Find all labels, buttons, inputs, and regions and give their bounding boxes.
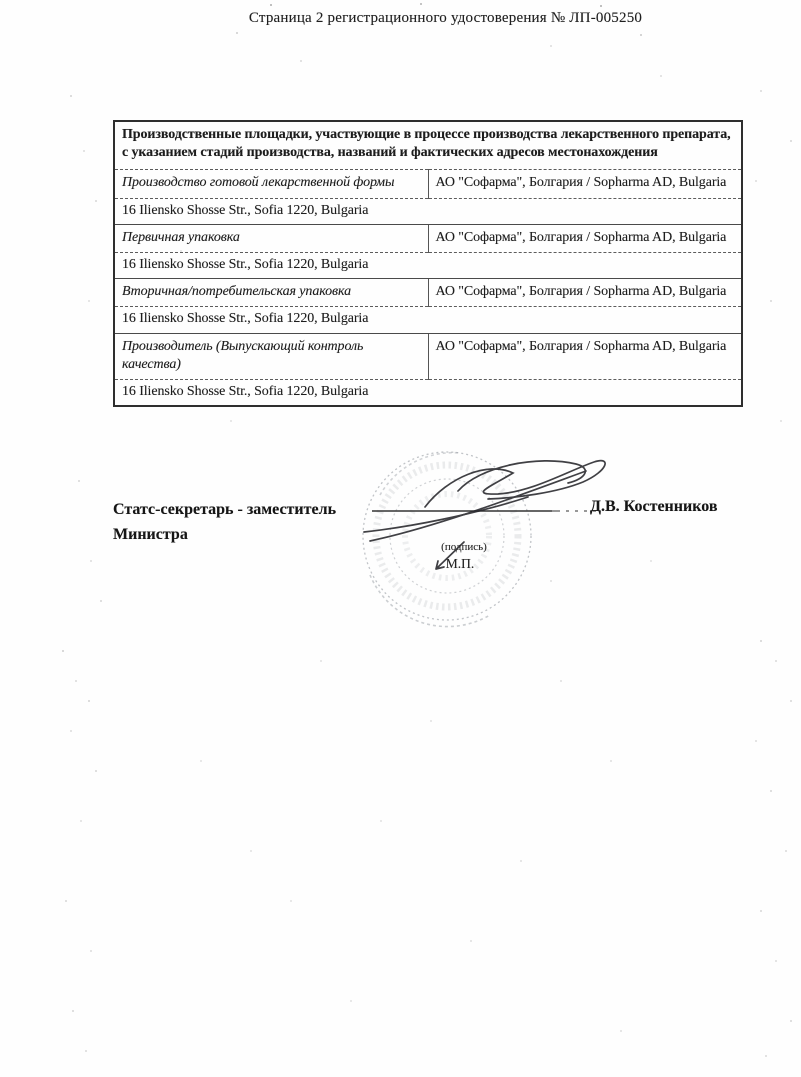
- stage-cell: Производитель (Выпускающий контроль каче…: [114, 333, 428, 379]
- manufacturer-cell: АО "Софарма", Болгария / Sopharma AD, Bu…: [428, 224, 742, 252]
- document-page: Страница 2 регистрационного удостоверени…: [0, 0, 801, 1077]
- table-row: Производство готовой лекарственной формы…: [114, 170, 742, 198]
- scan-noise: [0, 0, 2, 2]
- table-row: 16 Iliensko Shosse Str., Sofia 1220, Bul…: [114, 379, 742, 406]
- table-header-row: Производственные площадки, участвующие в…: [114, 121, 742, 170]
- production-sites-table: Производственные площадки, участвующие в…: [113, 120, 743, 407]
- address-cell: 16 Iliensko Shosse Str., Sofia 1220, Bul…: [114, 379, 742, 406]
- address-cell: 16 Iliensko Shosse Str., Sofia 1220, Bul…: [114, 252, 742, 278]
- table-row: Производитель (Выпускающий контроль каче…: [114, 333, 742, 379]
- table-row: Вторичная/потребительская упаковка АО "С…: [114, 279, 742, 307]
- seal-mark-label: М.П.: [426, 556, 494, 572]
- table-row: 16 Iliensko Shosse Str., Sofia 1220, Bul…: [114, 252, 742, 278]
- signature-and-stamp: [340, 435, 650, 635]
- stage-cell: Первичная упаковка: [114, 224, 428, 252]
- address-cell: 16 Iliensko Shosse Str., Sofia 1220, Bul…: [114, 307, 742, 333]
- table-title: Производственные площадки, участвующие в…: [114, 121, 742, 170]
- stage-cell: Вторичная/потребительская упаковка: [114, 279, 428, 307]
- manufacturer-cell: АО "Софарма", Болгария / Sopharma AD, Bu…: [428, 170, 742, 198]
- signature-caption: (подпись): [428, 541, 500, 553]
- table-row: 16 Iliensko Shosse Str., Sofia 1220, Bul…: [114, 307, 742, 333]
- page-header: Страница 2 регистрационного удостоверени…: [90, 10, 801, 27]
- manufacturer-cell: АО "Софарма", Болгария / Sopharma AD, Bu…: [428, 333, 742, 379]
- address-cell: 16 Iliensko Shosse Str., Sofia 1220, Bul…: [114, 198, 742, 224]
- table-row: Первичная упаковка АО "Софарма", Болгари…: [114, 224, 742, 252]
- manufacturer-cell: АО "Софарма", Болгария / Sopharma AD, Bu…: [428, 279, 742, 307]
- official-name: Д.В. Костенников: [590, 498, 717, 516]
- stage-cell: Производство готовой лекарственной формы: [114, 170, 428, 198]
- table-row: 16 Iliensko Shosse Str., Sofia 1220, Bul…: [114, 198, 742, 224]
